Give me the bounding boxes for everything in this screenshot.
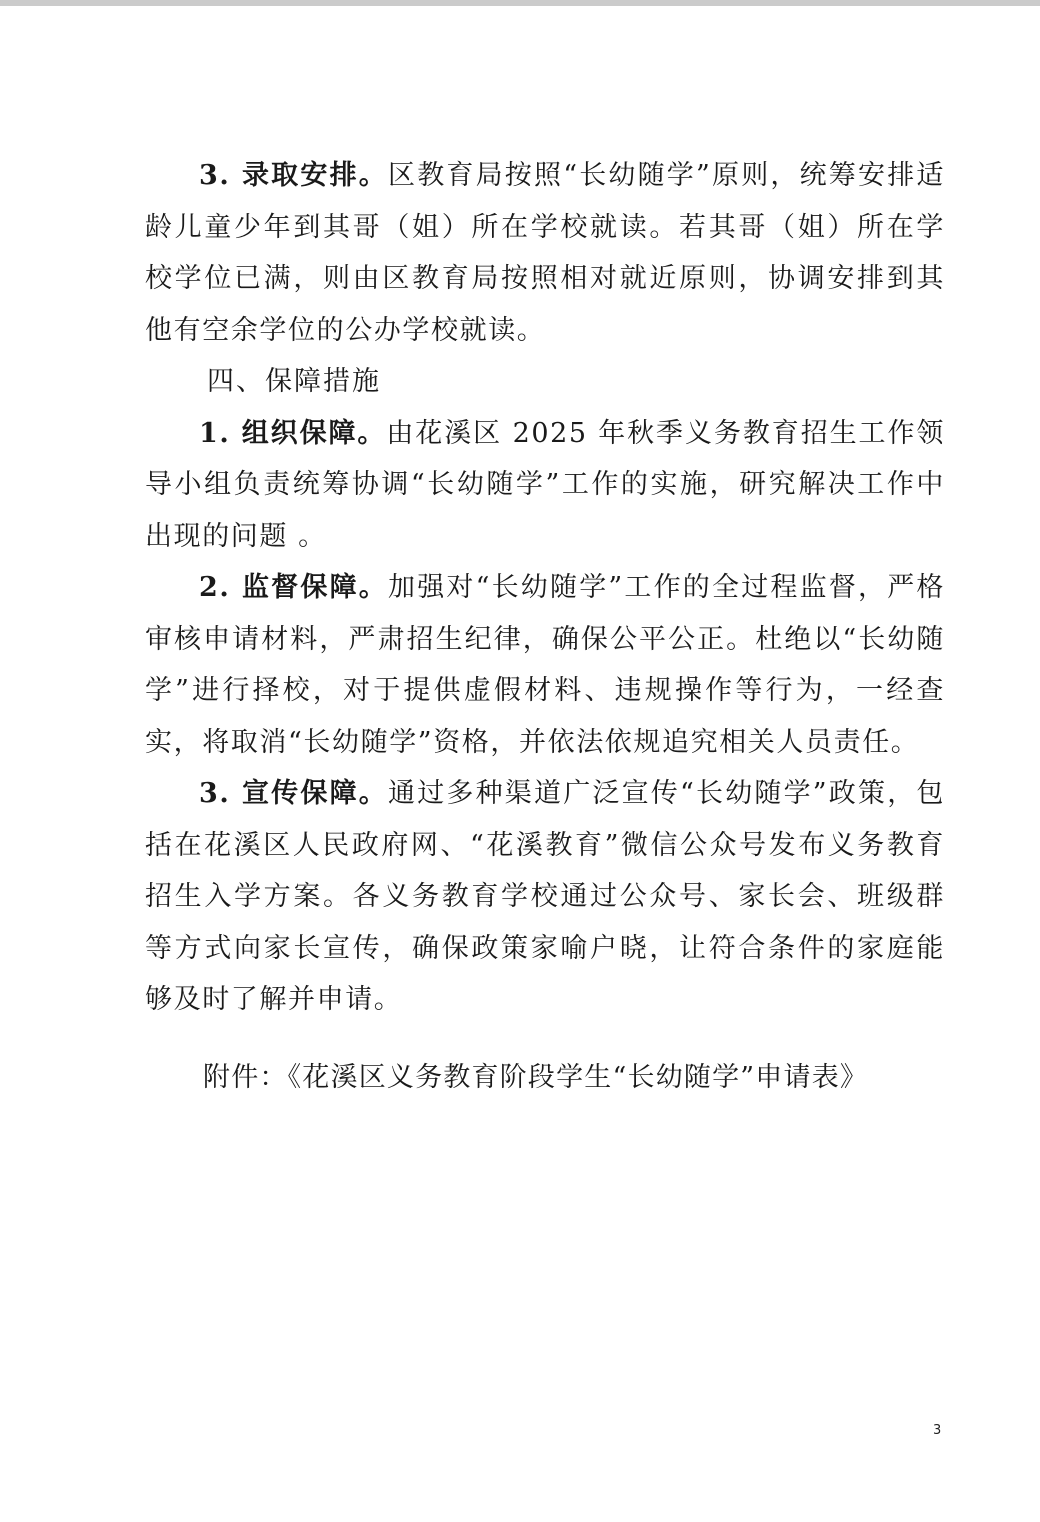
paragraph-lead: 3. 录取安排。 bbox=[199, 160, 388, 191]
paragraph-lead: 3. 宣传保障。 bbox=[199, 778, 388, 809]
paragraph-admission-arrangement: 3. 录取安排。区教育局按照“长幼随学”原则，统筹安排适龄儿童少年到其哥（姐）所… bbox=[145, 150, 945, 356]
top-border-band bbox=[0, 0, 1040, 6]
document-body: 3. 录取安排。区教育局按照“长幼随学”原则，统筹安排适龄儿童少年到其哥（姐）所… bbox=[145, 150, 945, 1026]
page-number: 3 bbox=[933, 1423, 941, 1438]
paragraph-organizational-safeguard: 1. 组织保障。由花溪区 2025 年秋季义务教育招生工作领导小组负责统筹协调“… bbox=[145, 408, 945, 563]
attachment-line: 附件：《花溪区义务教育阶段学生“长幼随学”申请表》 bbox=[203, 1058, 868, 1098]
paragraph-publicity-safeguard: 3. 宣传保障。通过多种渠道广泛宣传“长幼随学”政策，包括在花溪区人民政府网、“… bbox=[145, 768, 945, 1026]
paragraph-supervision-safeguard: 2. 监督保障。加强对“长幼随学”工作的全过程监督，严格审核申请材料，严肃招生纪… bbox=[145, 562, 945, 768]
section-heading-safeguards: 四、保障措施 bbox=[145, 356, 945, 408]
paragraph-lead: 1. 组织保障。 bbox=[199, 418, 386, 449]
paragraph-text: 通过多种渠道广泛宣传“长幼随学”政策，包括在花溪区人民政府网、“花溪教育”微信公… bbox=[145, 778, 945, 1015]
paragraph-lead: 2. 监督保障。 bbox=[199, 572, 388, 603]
